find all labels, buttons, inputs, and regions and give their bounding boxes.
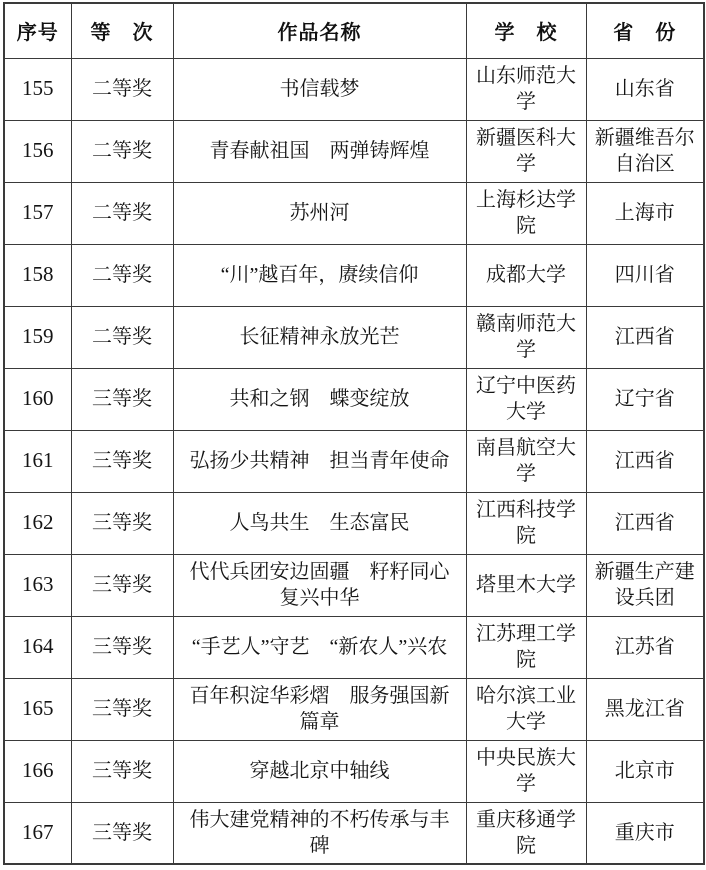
cell-work-title: 青春献祖国 两弹铸辉煌 (173, 120, 466, 182)
cell-province: 江西省 (586, 306, 704, 368)
cell-province: 上海市 (586, 182, 704, 244)
cell-school: 哈尔滨工业大学 (466, 678, 586, 740)
cell-award-level: 二等奖 (71, 306, 173, 368)
header-province: 省 份 (586, 3, 704, 58)
cell-award-level: 二等奖 (71, 182, 173, 244)
cell-award-level: 二等奖 (71, 58, 173, 120)
cell-serial-number: 160 (4, 368, 71, 430)
table-row: 163 三等奖 代代兵团安边固疆 籽籽同心复兴中华 塔里木大学 新疆生产建设兵团 (4, 554, 704, 616)
cell-school: 南昌航空大学 (466, 430, 586, 492)
table-row: 162 三等奖 人鸟共生 生态富民 江西科技学院 江西省 (4, 492, 704, 554)
cell-award-level: 三等奖 (71, 430, 173, 492)
cell-school: 江苏理工学院 (466, 616, 586, 678)
cell-serial-number: 161 (4, 430, 71, 492)
cell-school: 中央民族大学 (466, 740, 586, 802)
table-row: 155 二等奖 书信载梦 山东师范大学 山东省 (4, 58, 704, 120)
cell-province: 四川省 (586, 244, 704, 306)
cell-province: 辽宁省 (586, 368, 704, 430)
table-row: 156 二等奖 青春献祖国 两弹铸辉煌 新疆医科大学 新疆维吾尔自治区 (4, 120, 704, 182)
cell-work-title: “川”越百年，赓续信仰 (173, 244, 466, 306)
cell-school: 塔里木大学 (466, 554, 586, 616)
cell-serial-number: 155 (4, 58, 71, 120)
cell-work-title: 苏州河 (173, 182, 466, 244)
cell-school: 辽宁中医药大学 (466, 368, 586, 430)
header-award: 等 次 (71, 3, 173, 58)
cell-serial-number: 158 (4, 244, 71, 306)
cell-school: 重庆移通学院 (466, 802, 586, 864)
document-page: 序号 等 次 作品名称 学 校 省 份 155 二等奖 书信载梦 山东师范大学 … (0, 0, 706, 870)
table-row: 160 三等奖 共和之钢 蝶变绽放 辽宁中医药大学 辽宁省 (4, 368, 704, 430)
cell-serial-number: 166 (4, 740, 71, 802)
cell-province: 新疆维吾尔自治区 (586, 120, 704, 182)
cell-work-title: 穿越北京中轴线 (173, 740, 466, 802)
header-work: 作品名称 (173, 3, 466, 58)
cell-province: 山东省 (586, 58, 704, 120)
cell-serial-number: 163 (4, 554, 71, 616)
table-body: 155 二等奖 书信载梦 山东师范大学 山东省 156 二等奖 青春献祖国 两弹… (4, 58, 704, 864)
cell-province: 黑龙江省 (586, 678, 704, 740)
table-row: 164 三等奖 “手艺人”守艺 “新农人”兴农 江苏理工学院 江苏省 (4, 616, 704, 678)
cell-school: 上海杉达学院 (466, 182, 586, 244)
cell-work-title: 人鸟共生 生态富民 (173, 492, 466, 554)
cell-serial-number: 156 (4, 120, 71, 182)
header-school: 学 校 (466, 3, 586, 58)
table-row: 165 三等奖 百年积淀华彩熠 服务强国新篇章 哈尔滨工业大学 黑龙江省 (4, 678, 704, 740)
cell-province: 新疆生产建设兵团 (586, 554, 704, 616)
cell-work-title: 弘扬少共精神 担当青年使命 (173, 430, 466, 492)
cell-work-title: 伟大建党精神的不朽传承与丰碑 (173, 802, 466, 864)
cell-serial-number: 164 (4, 616, 71, 678)
cell-work-title: 百年积淀华彩熠 服务强国新篇章 (173, 678, 466, 740)
cell-province: 江苏省 (586, 616, 704, 678)
table-row: 158 二等奖 “川”越百年，赓续信仰 成都大学 四川省 (4, 244, 704, 306)
cell-province: 江西省 (586, 430, 704, 492)
header-serial: 序号 (4, 3, 71, 58)
award-table: 序号 等 次 作品名称 学 校 省 份 155 二等奖 书信载梦 山东师范大学 … (3, 2, 705, 865)
header-row: 序号 等 次 作品名称 学 校 省 份 (4, 3, 704, 58)
cell-work-title: 书信载梦 (173, 58, 466, 120)
cell-award-level: 二等奖 (71, 244, 173, 306)
cell-award-level: 三等奖 (71, 554, 173, 616)
cell-award-level: 三等奖 (71, 678, 173, 740)
cell-award-level: 三等奖 (71, 616, 173, 678)
cell-serial-number: 167 (4, 802, 71, 864)
cell-award-level: 二等奖 (71, 120, 173, 182)
cell-work-title: 长征精神永放光芒 (173, 306, 466, 368)
cell-award-level: 三等奖 (71, 802, 173, 864)
cell-serial-number: 157 (4, 182, 71, 244)
cell-province: 江西省 (586, 492, 704, 554)
cell-work-title: 共和之钢 蝶变绽放 (173, 368, 466, 430)
cell-award-level: 三等奖 (71, 492, 173, 554)
cell-school: 山东师范大学 (466, 58, 586, 120)
cell-work-title: 代代兵团安边固疆 籽籽同心复兴中华 (173, 554, 466, 616)
cell-school: 新疆医科大学 (466, 120, 586, 182)
table-row: 161 三等奖 弘扬少共精神 担当青年使命 南昌航空大学 江西省 (4, 430, 704, 492)
cell-school: 江西科技学院 (466, 492, 586, 554)
cell-award-level: 三等奖 (71, 740, 173, 802)
cell-school: 赣南师范大学 (466, 306, 586, 368)
table-row: 159 二等奖 长征精神永放光芒 赣南师范大学 江西省 (4, 306, 704, 368)
cell-province: 北京市 (586, 740, 704, 802)
cell-province: 重庆市 (586, 802, 704, 864)
table-row: 167 三等奖 伟大建党精神的不朽传承与丰碑 重庆移通学院 重庆市 (4, 802, 704, 864)
cell-serial-number: 165 (4, 678, 71, 740)
table-row: 157 二等奖 苏州河 上海杉达学院 上海市 (4, 182, 704, 244)
cell-award-level: 三等奖 (71, 368, 173, 430)
cell-work-title: “手艺人”守艺 “新农人”兴农 (173, 616, 466, 678)
cell-serial-number: 159 (4, 306, 71, 368)
cell-school: 成都大学 (466, 244, 586, 306)
table-row: 166 三等奖 穿越北京中轴线 中央民族大学 北京市 (4, 740, 704, 802)
cell-serial-number: 162 (4, 492, 71, 554)
